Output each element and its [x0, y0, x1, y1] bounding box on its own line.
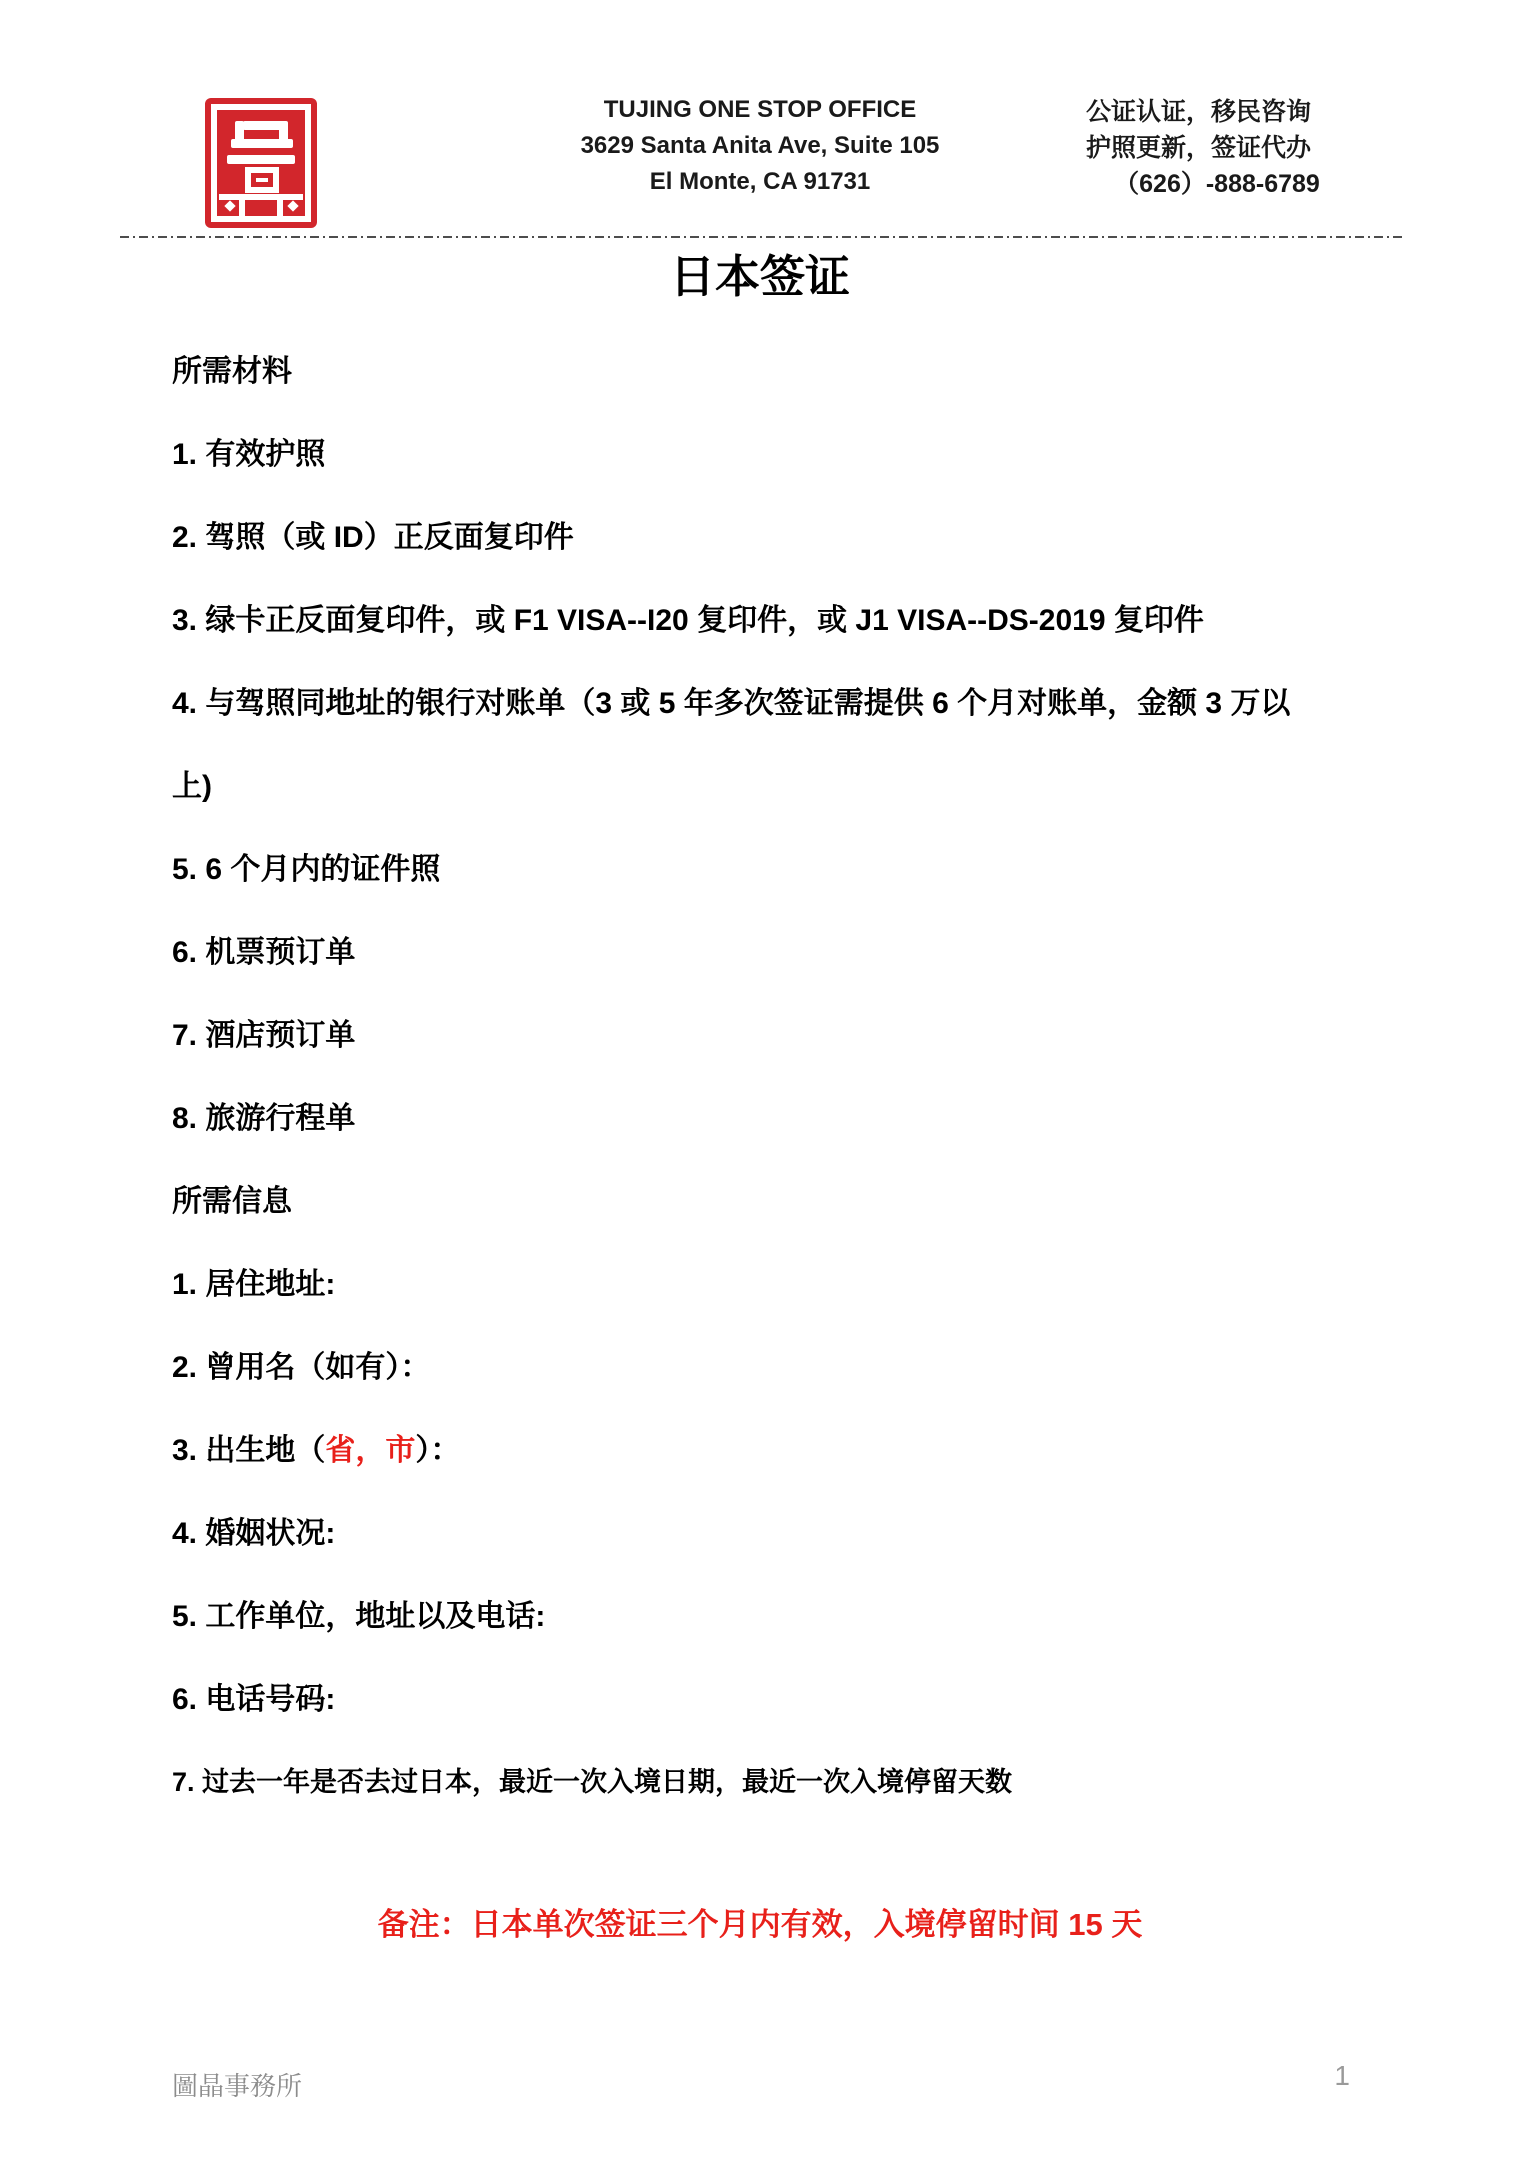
info-item-3-birthplace: 3. 出生地（省，市）： [172, 1409, 1410, 1492]
info-item-4: 4. 婚姻状况: [172, 1492, 1410, 1575]
footer-office-name: 圖晶事務所 [172, 2066, 302, 2103]
material-item-5: 5. 6 个月内的证件照 [172, 828, 1410, 911]
birthplace-red-highlight: 省，市 [325, 1434, 415, 1467]
info-item-1: 1. 居住地址: [172, 1243, 1410, 1326]
header-services-block: 公证认证，移民咨询 护照更新，签证代办 （626）-888-6789 [1086, 94, 1348, 202]
note-text: 备注：日本单次签证三个月内有效，入境停留时间 15 天 [0, 1900, 1520, 1950]
material-item-8: 8. 旅游行程单 [172, 1077, 1410, 1160]
material-item-1: 1. 有效护照 [172, 413, 1410, 496]
material-item-6: 6. 机票预订单 [172, 911, 1410, 994]
info-item-7: 7. 过去一年是否去过日本，最近一次入境日期，最近一次入境停留天数 [172, 1741, 1410, 1824]
material-item-4: 4. 与驾照同地址的银行对账单（3 或 5 年多次签证需提供 6 个月对账单，金… [172, 662, 1410, 745]
services-line1: 公证认证，移民咨询 [1086, 94, 1348, 130]
material-item-3: 3. 绿卡正反面复印件，或 F1 VISA--I20 复印件，或 J1 VISA… [172, 579, 1410, 662]
phone-number: （626）-888-6789 [1086, 166, 1348, 202]
document-body: 所需材料 1. 有效护照 2. 驾照（或 ID）正反面复印件 3. 绿卡正反面复… [172, 330, 1410, 1824]
document-page: TUJING ONE STOP OFFICE 3629 Santa Anita … [0, 0, 1520, 2160]
material-item-2: 2. 驾照（或 ID）正反面复印件 [172, 496, 1410, 579]
material-item-4-continuation: 上) [172, 745, 1410, 828]
material-item-7: 7. 酒店预订单 [172, 994, 1410, 1077]
footer-page-number: 1 [1334, 2060, 1350, 2092]
info-item-2: 2. 曾用名（如有）： [172, 1326, 1410, 1409]
birthplace-suffix: ）： [415, 1434, 460, 1467]
info-item-6: 6. 电话号码: [172, 1658, 1410, 1741]
info-item-5: 5. 工作单位，地址以及电话: [172, 1575, 1410, 1658]
materials-heading: 所需材料 [172, 330, 1410, 413]
services-line2: 护照更新，签证代办 [1086, 130, 1348, 166]
header-divider [120, 236, 1405, 238]
info-heading: 所需信息 [172, 1160, 1410, 1243]
page-title: 日本签证 [0, 246, 1520, 308]
birthplace-prefix: 3. 出生地（ [172, 1434, 325, 1467]
